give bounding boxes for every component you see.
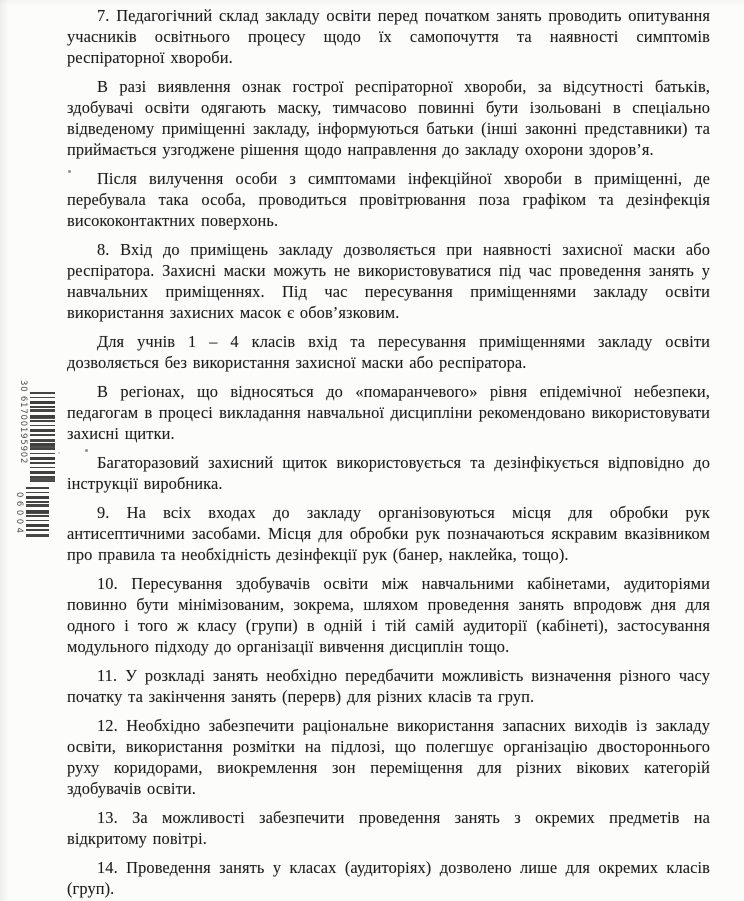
barcode-bars-addon [26,487,49,537]
paragraph-10-movement: 10. Пересування здобувачів освіти між на… [67,573,710,657]
scan-artifact-dot [58,452,60,454]
scan-artifact-dot [85,449,88,452]
paragraph-13-outdoor-classes: 13. За можливості забезпечити проведення… [67,807,710,849]
paragraph-8-mask-entry: 8. Вхід до приміщень закладу дозволяєтьс… [67,239,710,323]
document-text: 7. Педагогічний склад закладу освіти пер… [67,5,710,901]
paragraph-ventilation: Після вилучення особи з симптомами інфек… [67,168,710,231]
barcode-digits-addon: 06004 [14,492,24,537]
barcode-digits-main: 30 61700195902 [18,380,28,464]
scan-artifact-dot [68,170,71,173]
paragraph-orange-level: В регіонах, що відносяться до «помаранче… [67,381,710,444]
paragraph-grades-1-4: Для учнів 1 – 4 класів вхід та пересуван… [67,331,710,373]
scanned-document-page: 7. Педагогічний склад закладу освіти пер… [0,0,744,901]
paragraph-isolation-procedure: В разі виявлення ознак гострої респірато… [67,76,710,160]
paragraph-face-shield: Багаторазовий захисний щиток використову… [67,452,710,494]
barcode-bars-main [30,392,55,482]
paragraph-9-hand-sanitizing: 9. На всіх входах до закладу організовую… [67,502,710,565]
paragraph-14-classrooms: 14. Проведення занять у класах (аудиторі… [67,857,710,899]
paragraph-12-exits-markings: 12. Необхідно забезпечити раціональне ви… [67,715,710,799]
paragraph-7-staff-survey: 7. Педагогічний склад закладу освіти пер… [67,5,710,68]
barcode: 30 61700195902 06004 [0,375,60,545]
paragraph-11-schedule: 11. У розкладі занять необхідно передбач… [67,665,710,707]
